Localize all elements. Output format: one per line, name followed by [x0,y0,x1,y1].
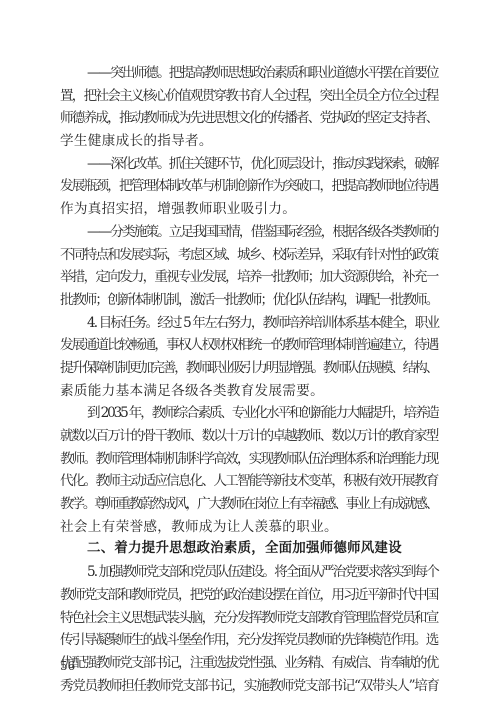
text-line: 特色社会主义思想武装头脑，充分发挥教师党支部教育管理监督党员和宣 [60,607,440,630]
text-line: ——突出师德。把提高教师思想政治素质和职业道德水平摆在首要位 [60,62,440,85]
text-line: 社会上有荣誉感，教师成为让人羡慕的职业。 [60,516,440,539]
text-line: 不同特点和发展实际，考虑区域、城乡、校际差异，采取有针对性的政策 [60,244,440,267]
text-line: 置，把社会主义核心价值观贯穿教书育人全过程，突出全员全方位全过程 [60,85,440,108]
text-line: 学生健康成长的指导者。 [60,130,440,153]
page-number: 56 [60,659,75,673]
text-line: 教师党支部和教师党员，把党的政治建设摆在首位，用习近平新时代中国 [60,584,440,607]
text-line: ——深化改革。抓住关键环节，优化顶层设计，推动实践探索，破解 [60,153,440,176]
text-line: 秀党员教师担任教师党支部书记，实施教师党支部书记“双带头人”培育 [60,675,440,698]
text-line: 教师。教师管理体制机制科学高效，实现教师队伍治理体系和治理能力现 [60,448,440,471]
text-line: 提升保障机制更加完善，教师职业吸引力明显增强。教师队伍规模、结构、 [60,357,440,380]
text-line: 代化。教师主动适应信息化、人工智能等新技术变革，积极有效开展教育 [60,470,440,493]
text-line: 师德养成，推动教师成为先进思想文化的传播者、党执政的坚定支持者、 [60,107,440,130]
text-line: 教学。尊师重教蔚然成风，广大教师在岗位上有幸福感、事业上有成就感、 [60,493,440,516]
text-line: 到 2035 年，教师综合素质、专业化水平和创新能力大幅提升，培养造 [60,402,440,425]
text-line: 传引导凝聚师生的战斗堡垒作用，充分发挥党员教师的先锋模范作用。选 [60,629,440,652]
text-line: 优配强教师党支部书记，注重选拔党性强、业务精、有威信、肯奉献的优 [60,652,440,675]
text-line: 4. 目标任务。经过 5 年左右努力，教师培养培训体系基本健全，职业 [60,312,440,335]
text-line: 发展通道比较畅通，事权人权财权相统一的教师管理体制普遍建立，待遇 [60,334,440,357]
document-page: ——突出师德。把提高教师思想政治素质和职业道德水平摆在首要位置，把社会主义核心价… [0,0,500,708]
text-line: 作为真招实招，增强教师职业吸引力。 [60,198,440,221]
text-line: 发展瓶颈，把管理体制改革与机制创新作为突破口，把提高教师地位待遇 [60,175,440,198]
text-line: 举措，定向发力，重视专业发展，培养一批教师；加大资源供给，补充一 [60,266,440,289]
body-text: ——突出师德。把提高教师思想政治素质和职业道德水平摆在首要位置，把社会主义核心价… [60,62,440,697]
text-line: 就数以百万计的骨干教师、数以十万计的卓越教师、数以万计的教育家型 [60,425,440,448]
section-heading: 二、着力提升思想政治素质，全面加强师德师风建设 [60,538,440,561]
text-line: ——分类施策。立足我国国情，借鉴国际经验，根据各级各类教师的 [60,221,440,244]
text-line: 素质能力基本满足各级各类教育发展需要。 [60,380,440,403]
text-line: 5. 加强教师党支部和党员队伍建设。将全面从严治党要求落实到每个 [60,561,440,584]
text-line: 批教师；创新体制机制，激活一批教师；优化队伍结构，调配一批教师。 [60,289,440,312]
